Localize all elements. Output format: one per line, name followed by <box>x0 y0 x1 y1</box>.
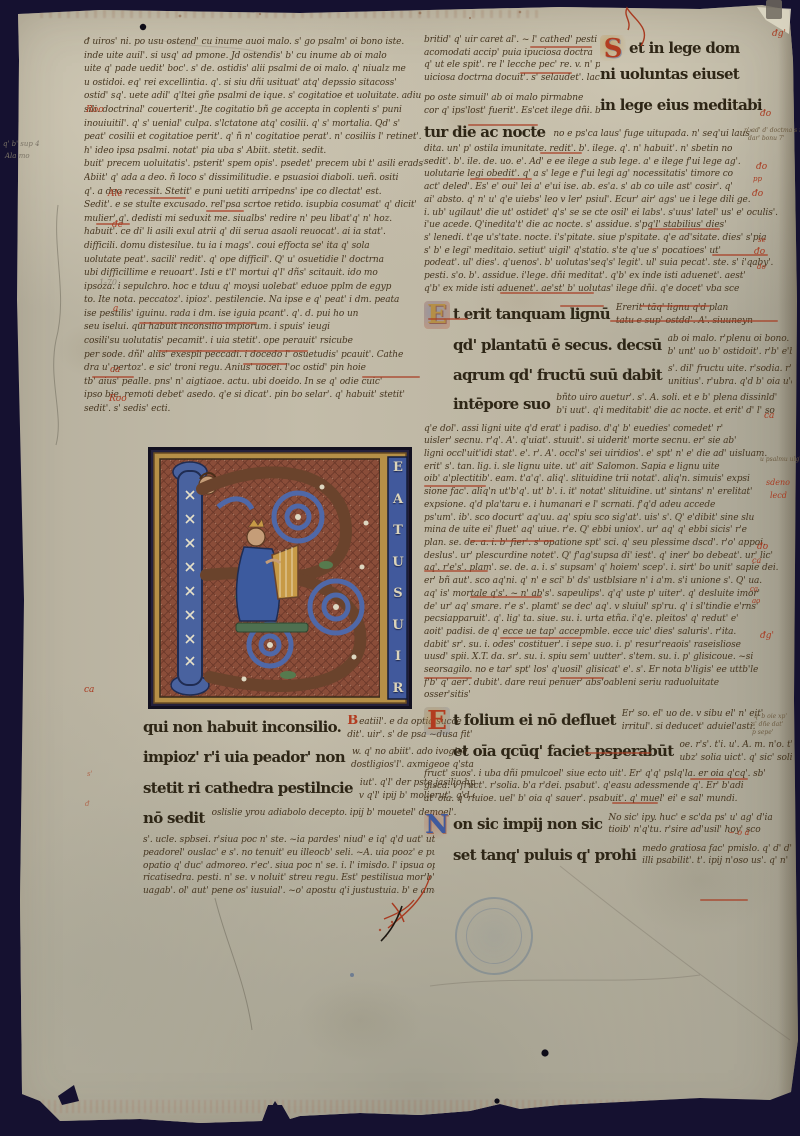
red-pen-flourishes <box>384 8 644 928</box>
top-edge-specks <box>179 11 522 19</box>
manuscript-photo: đ uiros' ni. po usu ostend' cu inume auo… <box>0 0 800 1136</box>
blue-ink-speck <box>350 973 354 977</box>
fore-edge-tab <box>766 0 782 19</box>
pen-flourishes-and-flaws <box>0 0 800 1136</box>
pencil-lines <box>54 40 790 1040</box>
bottom-edge-notch <box>262 1101 290 1124</box>
wormholes-and-dots <box>140 24 549 1104</box>
left-edge-notch <box>58 1085 79 1105</box>
